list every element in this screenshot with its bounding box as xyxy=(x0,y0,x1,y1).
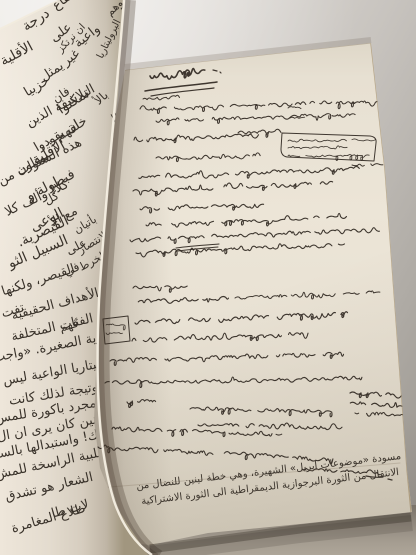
handwriting-row xyxy=(156,153,260,162)
handwriting-row xyxy=(110,352,344,365)
arabic-text-line: وهم xyxy=(104,0,125,18)
handwriting-mark xyxy=(213,70,221,73)
handwriting-row xyxy=(140,204,264,213)
handwriting-row xyxy=(352,164,383,167)
handwriting-row xyxy=(288,107,301,109)
arabic-text-line: طلاع المغامرة xyxy=(10,502,87,536)
handwriting-row xyxy=(140,101,381,114)
arabic-text-line: البروليتاريا xyxy=(96,18,123,60)
handwriting-row xyxy=(146,213,346,227)
handwriting-row xyxy=(235,291,380,299)
handwriting-row xyxy=(134,134,259,143)
handwriting-row xyxy=(127,400,156,408)
handwriting-row xyxy=(355,412,408,416)
handwriting-row xyxy=(138,297,228,304)
handwriting-row xyxy=(350,402,410,407)
handwriting-row xyxy=(132,333,308,342)
handwriting-row xyxy=(98,445,333,464)
handwriting-row xyxy=(143,95,180,100)
handwriting-row xyxy=(112,427,282,437)
handwriting-row xyxy=(139,166,359,178)
handwriting-mark xyxy=(145,82,217,91)
handwriting-row xyxy=(198,423,342,430)
handwriting-row xyxy=(288,146,347,149)
handwriting-mark xyxy=(281,133,376,161)
handwriting-row xyxy=(150,69,205,80)
handwriting-row xyxy=(136,244,345,257)
handwriting-row xyxy=(238,129,281,137)
handwriting-row xyxy=(288,139,375,142)
handwriting-row xyxy=(106,324,125,330)
handwriting-row xyxy=(288,155,369,161)
handwriting-row xyxy=(133,286,187,292)
handwriting-mark xyxy=(178,247,218,251)
photo-open-book: مسودة «موضوعات ابريل» الشهيرة، وهي خطة ل… xyxy=(0,0,416,555)
handwriting-row xyxy=(290,117,305,118)
arabic-text-line: الأقلية xyxy=(0,40,35,69)
handwriting-row xyxy=(190,407,332,417)
handwriting-row xyxy=(135,312,348,324)
arabic-text-line: مضفاع xyxy=(50,0,87,13)
handwriting-row xyxy=(156,114,355,125)
handwriting-row xyxy=(133,181,333,196)
handwriting-mark xyxy=(103,316,130,344)
arabic-text-line: حزبيا xyxy=(22,74,52,99)
handwriting-mark xyxy=(176,244,219,248)
handwriting-row xyxy=(130,228,379,244)
handwriting-row xyxy=(105,376,376,387)
handwriting-mark xyxy=(151,88,214,96)
handwriting-row xyxy=(106,333,122,335)
